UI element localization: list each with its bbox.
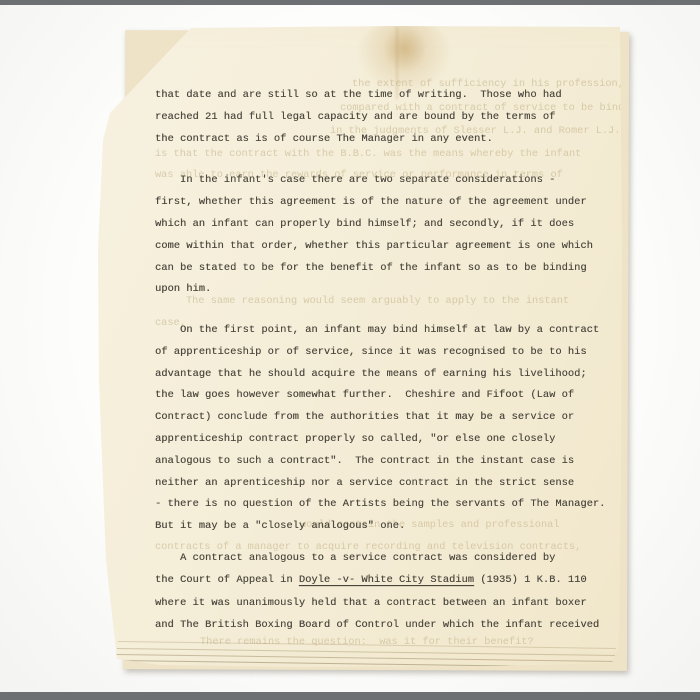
text-segment: the Court of Appeal in bbox=[155, 574, 299, 586]
paper-smudge bbox=[65, 311, 82, 323]
text-line: come within that order, whether this par… bbox=[155, 236, 593, 258]
case-citation: Doyle -v- White City Stadium bbox=[299, 574, 474, 586]
paragraph-1: that date and are still so at the time o… bbox=[155, 85, 562, 150]
text-line: But it may be a "closely analogous" one. bbox=[155, 516, 605, 538]
text-line: can be stated to be for the benefit of t… bbox=[155, 258, 593, 280]
text-segment: (1935) 1 K.B. 110 bbox=[474, 574, 587, 586]
text-line: the contract as is of course The Manager… bbox=[155, 129, 562, 151]
text-line: the Court of Appeal in Doyle -v- White C… bbox=[155, 569, 599, 591]
text-line: Contract) conclude from the authorities … bbox=[155, 407, 605, 429]
text-line: reached 21 had full legal capacity and a… bbox=[155, 107, 562, 129]
typed-text-layer: that date and are still so at the time o… bbox=[0, 0, 700, 700]
text-line: where it was unanimously held that a con… bbox=[155, 592, 599, 614]
text-line: of apprenticeship or of service, since i… bbox=[155, 342, 605, 364]
text-line: the law goes however somewhat further. C… bbox=[155, 385, 605, 407]
paragraph-3: On the first point, an infant may bind h… bbox=[155, 320, 605, 538]
text-line: and The British Boxing Board of Control … bbox=[155, 614, 599, 636]
text-line: which an infant can properly bind himsel… bbox=[155, 214, 593, 236]
photo-frame-top-bar bbox=[0, 0, 700, 5]
text-line: On the first point, an infant may bind h… bbox=[155, 320, 605, 342]
text-line: advantage that he should acquire the mea… bbox=[155, 364, 605, 386]
document-photo: the extent of sufficiency in his profess… bbox=[0, 0, 700, 700]
text-line: - there is no question of the Artists be… bbox=[155, 494, 605, 516]
paragraph-2: In the infant's case there are two separ… bbox=[155, 170, 593, 301]
paragraph-4: A contract analogous to a service contra… bbox=[155, 547, 599, 636]
typewritten-page: the extent of sufficiency in his profess… bbox=[0, 0, 700, 700]
text-line: A contract analogous to a service contra… bbox=[155, 547, 599, 569]
text-line: In the infant's case there are two separ… bbox=[155, 170, 593, 192]
text-line: apprenticeship contract properly so call… bbox=[155, 429, 605, 451]
text-line: first, whether this agreement is of the … bbox=[155, 192, 593, 214]
text-line: neither an aprenticeship nor a service c… bbox=[155, 473, 605, 495]
text-line: that date and are still so at the time o… bbox=[155, 85, 562, 107]
photo-frame-bottom-bar bbox=[0, 692, 700, 700]
text-line: upon him. bbox=[155, 279, 593, 301]
text-line: analogous to such a contract". The contr… bbox=[155, 451, 605, 473]
